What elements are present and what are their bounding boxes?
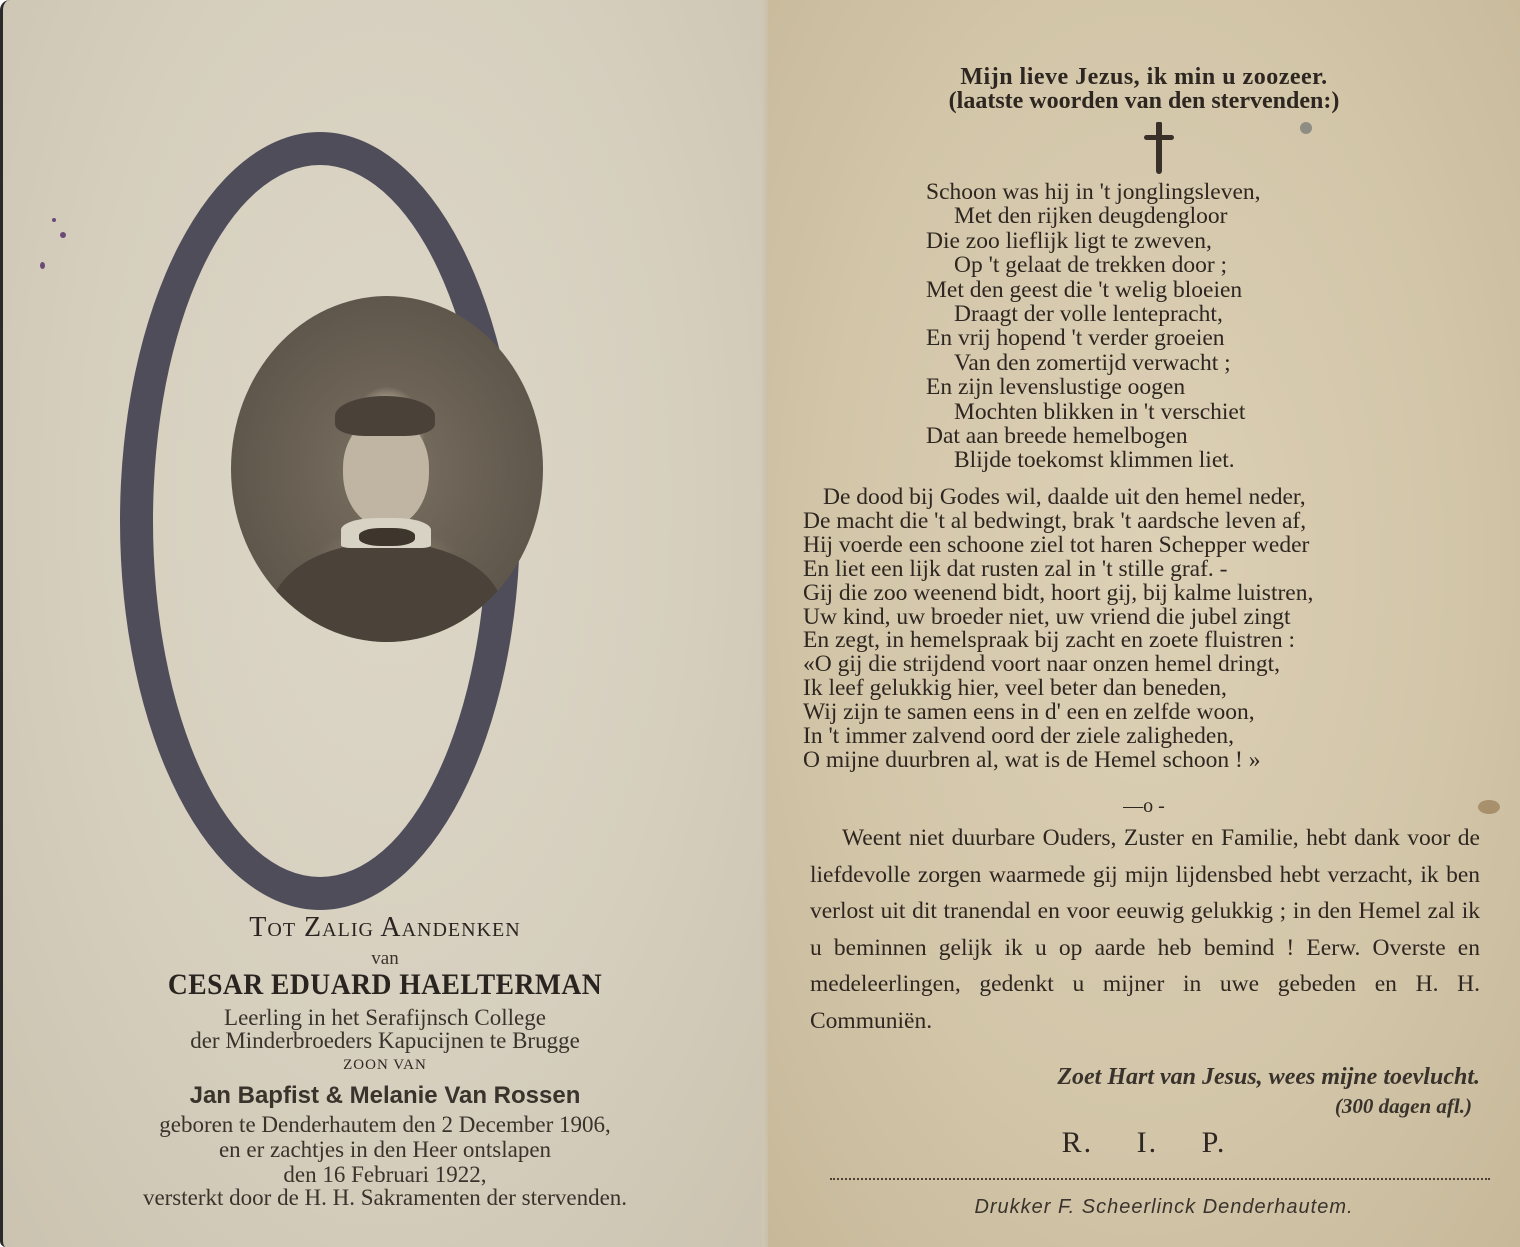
- deceased-name: CESAR EDUARD HAELTERMAN: [31, 968, 739, 1002]
- death-line-2: den 16 Februari 1922,: [0, 1163, 770, 1186]
- poem-line: In 't immer zalvend oord der ziele zalig…: [803, 725, 1313, 749]
- poem-line: En liet een lijk dat rusten zal in 't st…: [803, 558, 1313, 582]
- poem-line: O mijne duurbren al, wat is de Hemel sch…: [803, 749, 1313, 773]
- poem-line: Ik leef gelukkig hier, veel beter dan be…: [803, 677, 1313, 701]
- poem-stanza-2: De dood bij Godes wil, daalde uit den he…: [803, 486, 1313, 773]
- poem-line: Draagt der volle lentepracht,: [926, 302, 1261, 326]
- poem-line: Gij die zoo weenend bidt, hoort gij, bij…: [803, 582, 1313, 606]
- poem-line: Van den zomertijd verwacht ;: [926, 351, 1261, 375]
- birth-line: geboren te Denderhautem den 2 December 1…: [0, 1113, 770, 1136]
- printer-credit: Drukker F. Scheerlinck Denderhautem.: [768, 1196, 1520, 1219]
- poem-line: Dat aan breede hemelbogen: [926, 424, 1261, 448]
- farewell-prose: Weent niet duurbare Ouders, Zuster en Fa…: [810, 820, 1480, 1039]
- card-van: van: [0, 948, 770, 970]
- poem-line: En vrij hopend 't verder groeien: [926, 326, 1261, 350]
- ink-stain: [52, 218, 56, 222]
- section-divider: —o -: [768, 795, 1520, 818]
- poem-line: Blijde toekomst klimmen liet.: [926, 448, 1261, 472]
- last-words-quote: Mijn lieve Jezus, ik min u zoozeer.: [768, 64, 1520, 91]
- cross-icon: [1144, 122, 1174, 174]
- quote-attribution: (laatste woorden van den stervenden:): [768, 88, 1520, 115]
- poem-line: Met den rijken deugdengloor: [926, 204, 1261, 228]
- zoon-van-label: ZOON VAN: [0, 1057, 770, 1074]
- farewell-text: Weent niet duurbare Ouders, Zuster en Fa…: [810, 820, 1480, 1039]
- dotted-rule: [830, 1178, 1490, 1180]
- poem-stanza-1: Schoon was hij in 't jonglingsleven, Met…: [926, 180, 1261, 473]
- card-title: Tot Zalig Aandenken: [0, 912, 770, 944]
- indulgence-note: (300 dagen afl.): [1335, 1094, 1472, 1119]
- portrait-hair: [335, 396, 435, 436]
- prayer-line: Zoet Hart van Jesus, wees mijne toevluch…: [1057, 1064, 1480, 1091]
- poem-line: Op 't gelaat de trekken door ;: [926, 253, 1261, 277]
- spot-stain: [1300, 122, 1312, 134]
- poem-line: Schoon was hij in 't jonglingsleven,: [926, 180, 1261, 204]
- poem-line: Uw kind, uw broeder niet, uw vriend die …: [803, 606, 1313, 630]
- poem-line: Die zoo lieflijk ligt te zweven,: [926, 229, 1261, 253]
- role-line-1: Leerling in het Serafijnsch College: [0, 1006, 770, 1029]
- portrait-bowtie: [359, 528, 415, 546]
- poem-line: De macht die 't al bedwingt, brak 't aar…: [803, 510, 1313, 534]
- poem-line: En zijn levenslustige oogen: [926, 375, 1261, 399]
- poem-line: Wij zijn te samen eens in d' een en zelf…: [803, 701, 1313, 725]
- sacraments-line: versterkt door de H. H. Sakramenten der …: [0, 1186, 770, 1209]
- portrait-body: [271, 542, 503, 642]
- poem-line: De dood bij Godes wil, daalde uit den he…: [803, 486, 1313, 510]
- parents-names: Jan Bapfist & Melanie Van Rossen: [0, 1082, 770, 1110]
- poem-line: «O gij die strijdend voort naar onzen he…: [803, 653, 1313, 677]
- death-line-1: en er zachtjes in den Heer ontslapen: [0, 1138, 770, 1161]
- role-line-2: der Minderbroeders Kapucijnen te Brugge: [0, 1029, 770, 1052]
- portrait-photo: [231, 296, 543, 642]
- rip-mark: R. I. P.: [768, 1126, 1520, 1160]
- poem-line: En zegt, in hemelspraak bij zacht en zoe…: [803, 629, 1313, 653]
- poem-line: Hij voerde een schoone ziel tot haren Sc…: [803, 534, 1313, 558]
- ink-stain: [60, 232, 66, 238]
- ink-stain: [40, 262, 45, 269]
- poem-line: Met den geest die 't welig bloeien: [926, 278, 1261, 302]
- poem-line: Mochten blikken in 't verschiet: [926, 400, 1261, 424]
